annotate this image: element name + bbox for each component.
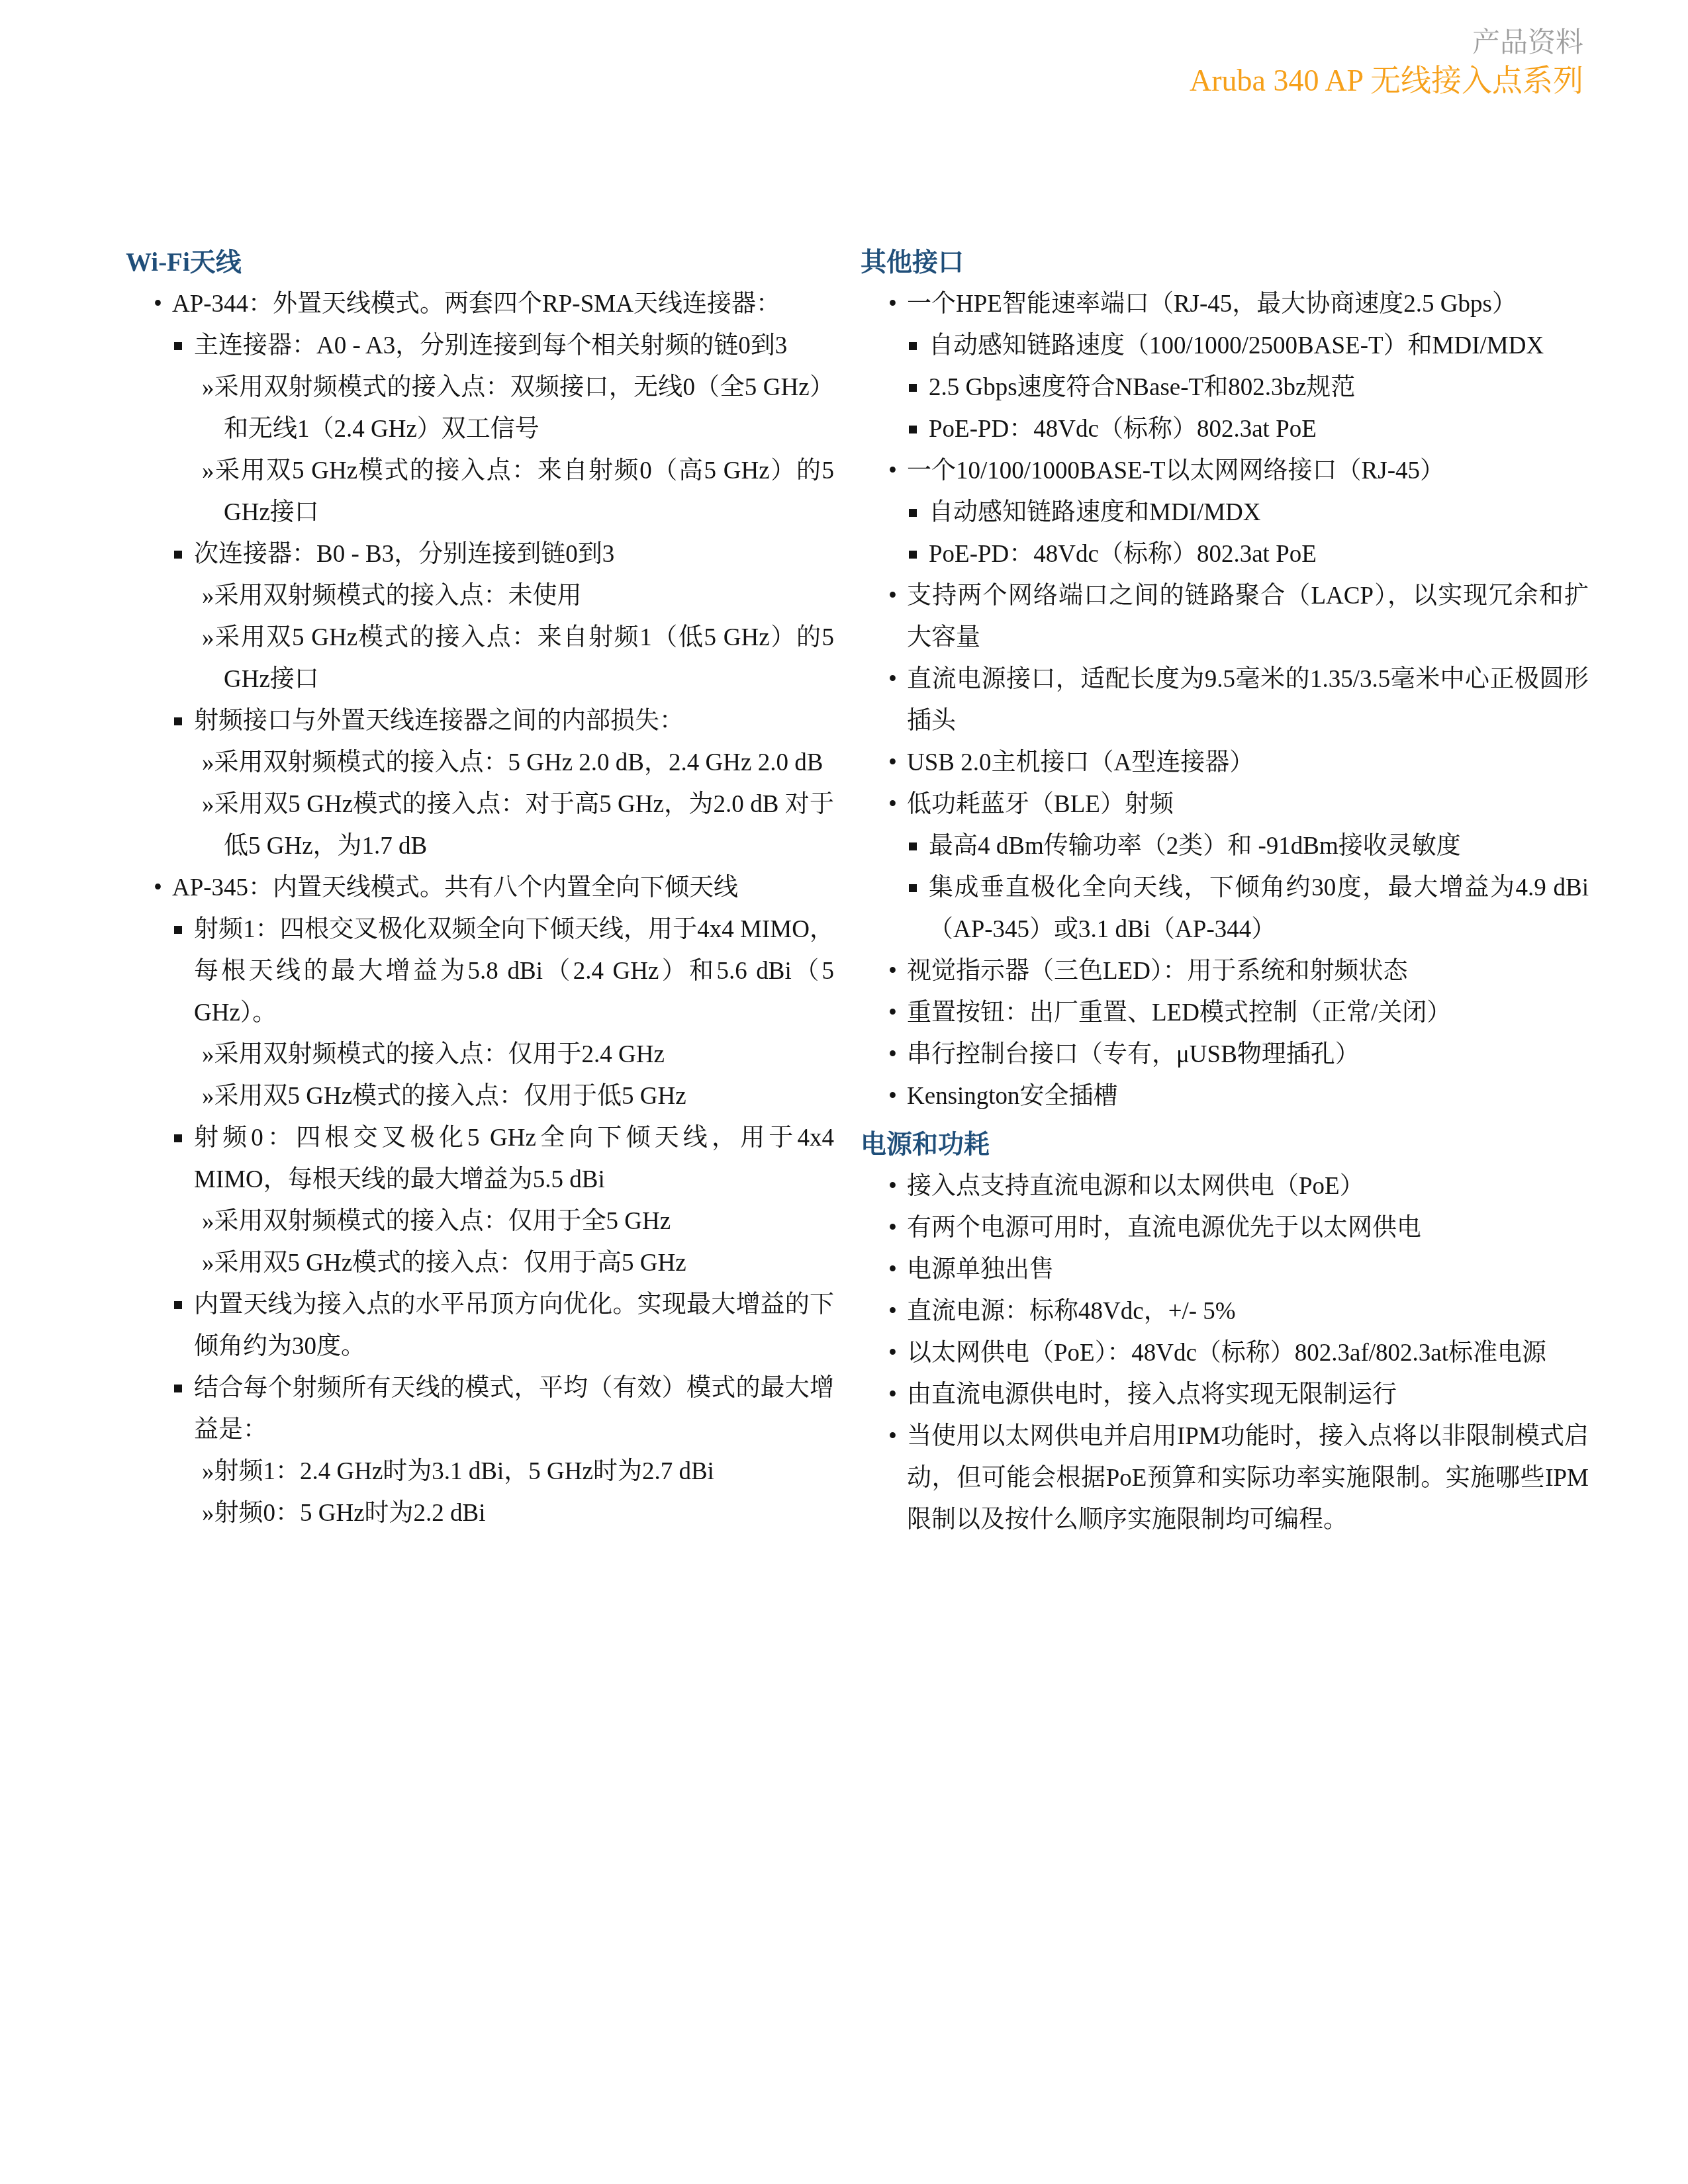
bullet-marker-icon: ▪: [909, 842, 917, 850]
section-heading-wifi-antennas: Wi-Fi天线: [126, 242, 834, 283]
bullet-item: •直流电源：标称48Vdc，+/- 5%: [861, 1291, 1589, 1332]
bullet-marker-icon: ▪: [909, 426, 917, 433]
bullet-item: •视觉指示器（三色LED）：用于系统和射频状态: [861, 950, 1589, 992]
bullet-marker-icon: •: [888, 1207, 897, 1249]
header-eyebrow: 产品资料: [1190, 25, 1583, 61]
bullet-marker-icon: ▪: [174, 926, 182, 934]
bullet-item: •当使用以太网供电并启用IPM功能时，接入点将以非限制模式启动，但可能会根据Po…: [861, 1416, 1589, 1541]
bullet-text: 采用双5 GHz模式的接入点：仅用于低5 GHz: [214, 1083, 686, 1110]
bullet-marker-icon: •: [888, 1075, 897, 1117]
bullet-item: •有两个电源可用时，直流电源优先于以太网供电: [861, 1207, 1589, 1249]
bullet-text: 采用双射频模式的接入点：仅用于全5 GHz: [214, 1208, 671, 1235]
bullet-item: ▪射频0：四根交叉极化5 GHz全向下倾天线，用于4x4 MIMO，每根天线的最…: [126, 1117, 834, 1201]
bullet-item: ▪PoE-PD：48Vdc（标称）802.3at PoE: [861, 408, 1589, 450]
bullet-marker-icon: •: [888, 1249, 897, 1291]
bullet-item: »采用双5 GHz模式的接入点：来自射频1（低5 GHz）的5 GHz接口: [126, 617, 834, 700]
bullet-item: •直流电源接口，适配长度为9.5毫米的1.35/3.5毫米中心正极圆形插头: [861, 659, 1589, 742]
bullet-marker-icon: ▪: [174, 1134, 182, 1142]
bullet-marker-icon: •: [888, 1034, 897, 1075]
bullet-text: 结合每个射频所有天线的模式，平均（有效）模式的最大增益是：: [194, 1375, 834, 1443]
bullet-item: ▪次连接器：B0 - B3，分别连接到链0到3: [126, 533, 834, 575]
bullet-text: 采用双5 GHz模式的接入点：对于高5 GHz，为2.0 dB 对于低5 GHz…: [214, 791, 835, 860]
bullet-text: 当使用以太网供电并启用IPM功能时，接入点将以非限制模式启动，但可能会根据PoE…: [907, 1423, 1589, 1533]
bullet-item: ▪射频接口与外置天线连接器之间的内部损失：: [126, 700, 834, 742]
bullet-marker-icon: »: [202, 749, 214, 776]
bullet-marker-icon: »: [202, 582, 214, 610]
page-header: 产品资料 Aruba 340 AP 无线接入点系列: [1190, 25, 1583, 101]
bullet-text: 重置按钮：出厂重置、LED模式控制（正常/关闭）: [907, 999, 1451, 1026]
bullet-marker-icon: ▪: [909, 884, 917, 892]
header-title: Aruba 340 AP 无线接入点系列: [1190, 61, 1583, 101]
bullet-text: 射频0：5 GHz时为2.2 dBi: [214, 1500, 486, 1527]
bullet-item: ▪2.5 Gbps速度符合NBase-T和802.3bz规范: [861, 367, 1589, 408]
bullet-text: 以太网供电（PoE）：48Vdc（标称）802.3af/802.3at标准电源: [907, 1340, 1546, 1367]
bullet-item: ▪自动感知链路速度（100/1000/2500BASE-T）和MDI/MDX: [861, 325, 1589, 367]
bullet-item: •支持两个网络端口之间的链路聚合（LACP），以实现冗余和扩大容量: [861, 575, 1589, 659]
bullet-marker-icon: •: [888, 283, 897, 325]
left-column: Wi-Fi天线 •AP-344：外置天线模式。两套四个RP-SMA天线连接器：▪…: [126, 242, 834, 1534]
bullet-marker-icon: ▪: [174, 1385, 182, 1392]
bullet-item: »采用双5 GHz模式的接入点：仅用于低5 GHz: [126, 1075, 834, 1117]
bullet-item: •Kensington安全插槽: [861, 1075, 1589, 1117]
bullet-text: 一个HPE智能速率端口（RJ-45，最大协商速度2.5 Gbps）: [907, 291, 1517, 318]
bullet-text: 2.5 Gbps速度符合NBase-T和802.3bz规范: [929, 374, 1355, 401]
bullet-item: •AP-344：外置天线模式。两套四个RP-SMA天线连接器：: [126, 283, 834, 325]
bullet-item: »射频0：5 GHz时为2.2 dBi: [126, 1492, 834, 1534]
bullet-item: »射频1：2.4 GHz时为3.1 dBi，5 GHz时为2.7 dBi: [126, 1451, 834, 1492]
bullet-marker-icon: ▪: [174, 551, 182, 559]
bullet-text: 由直流电源供电时，接入点将实现无限制运行: [907, 1381, 1397, 1408]
bullet-text: 采用双射频模式的接入点：5 GHz 2.0 dB，2.4 GHz 2.0 dB: [214, 749, 823, 776]
bullet-marker-icon: •: [888, 950, 897, 992]
bullet-item: ▪结合每个射频所有天线的模式，平均（有效）模式的最大增益是：: [126, 1367, 834, 1451]
bullet-item: »采用双5 GHz模式的接入点：对于高5 GHz，为2.0 dB 对于低5 GH…: [126, 784, 834, 867]
power-consumption-list: •接入点支持直流电源和以太网供电（PoE）•有两个电源可用时，直流电源优先于以太…: [861, 1165, 1589, 1541]
bullet-marker-icon: ▪: [909, 342, 917, 350]
bullet-marker-icon: •: [888, 742, 897, 784]
bullet-text: 直流电源接口，适配长度为9.5毫米的1.35/3.5毫米中心正极圆形插头: [907, 666, 1589, 735]
bullet-item: •以太网供电（PoE）：48Vdc（标称）802.3af/802.3at标准电源: [861, 1332, 1589, 1374]
bullet-item: ▪内置天线为接入点的水平吊顶方向优化。实现最大增益的下倾角约为30度。: [126, 1284, 834, 1367]
bullet-text: 采用双5 GHz模式的接入点：来自射频0（高5 GHz）的5 GHz接口: [214, 457, 835, 526]
bullet-marker-icon: •: [154, 283, 162, 325]
bullet-marker-icon: •: [888, 659, 897, 700]
bullet-marker-icon: »: [202, 1083, 214, 1110]
bullet-item: ▪自动感知链路速度和MDI/MDX: [861, 492, 1589, 533]
bullet-item: •AP-345：内置天线模式。共有八个内置全向下倾天线: [126, 867, 834, 909]
bullet-text: 接入点支持直流电源和以太网供电（PoE）: [907, 1173, 1364, 1200]
bullet-marker-icon: ▪: [909, 551, 917, 559]
bullet-text: 采用双射频模式的接入点：未使用: [214, 582, 582, 610]
bullet-item: »采用双5 GHz模式的接入点：来自射频0（高5 GHz）的5 GHz接口: [126, 450, 834, 533]
bullet-item: »采用双5 GHz模式的接入点：仅用于高5 GHz: [126, 1242, 834, 1284]
bullet-marker-icon: »: [202, 1500, 214, 1527]
bullet-item: •USB 2.0主机接口（A型连接器）: [861, 742, 1589, 784]
datasheet-page: 产品资料 Aruba 340 AP 无线接入点系列 Wi-Fi天线 •AP-34…: [0, 0, 1688, 2184]
bullet-text: AP-344：外置天线模式。两套四个RP-SMA天线连接器：: [172, 291, 780, 318]
bullet-text: USB 2.0主机接口（A型连接器）: [907, 749, 1254, 776]
bullet-marker-icon: »: [202, 1250, 214, 1277]
bullet-marker-icon: •: [888, 575, 897, 617]
bullet-text: 电源单独出售: [907, 1256, 1054, 1283]
bullet-text: 低功耗蓝牙（BLE）射频: [907, 791, 1174, 818]
bullet-item: •由直流电源供电时，接入点将实现无限制运行: [861, 1374, 1589, 1416]
bullet-item: •串行控制台接口（专有，μUSB物理插孔）: [861, 1034, 1589, 1075]
bullet-item: »采用双射频模式的接入点：5 GHz 2.0 dB，2.4 GHz 2.0 dB: [126, 742, 834, 784]
bullet-marker-icon: •: [888, 1416, 897, 1457]
bullet-marker-icon: »: [202, 791, 214, 818]
bullet-marker-icon: ▪: [909, 509, 917, 517]
bullet-item: »采用双射频模式的接入点：仅用于2.4 GHz: [126, 1034, 834, 1075]
bullet-item: »采用双射频模式的接入点：未使用: [126, 575, 834, 617]
bullet-text: AP-345：内置天线模式。共有八个内置全向下倾天线: [172, 874, 738, 901]
bullet-item: ▪射频1：四根交叉极化双频全向下倾天线，用于4x4 MIMO，每根天线的最大增益…: [126, 909, 834, 1034]
bullet-marker-icon: •: [154, 867, 162, 909]
section-heading-other-interfaces: 其他接口: [861, 242, 1589, 283]
bullet-text: 采用双5 GHz模式的接入点：来自射频1（低5 GHz）的5 GHz接口: [214, 624, 835, 693]
bullet-item: •一个10/100/1000BASE-T以太网网络接口（RJ-45）: [861, 450, 1589, 492]
section-heading-power: 电源和功耗: [861, 1124, 1589, 1165]
bullet-text: 自动感知链路速度（100/1000/2500BASE-T）和MDI/MDX: [929, 332, 1544, 359]
bullet-text: 串行控制台接口（专有，μUSB物理插孔）: [907, 1041, 1360, 1068]
bullet-marker-icon: ▪: [174, 342, 182, 350]
bullet-item: •低功耗蓝牙（BLE）射频: [861, 784, 1589, 825]
bullet-item: ▪主连接器：A0 - A3，分别连接到每个相关射频的链0到3: [126, 325, 834, 367]
bullet-item: ▪PoE-PD：48Vdc（标称）802.3at PoE: [861, 533, 1589, 575]
right-column: 其他接口 •一个HPE智能速率端口（RJ-45，最大协商速度2.5 Gbps）▪…: [861, 242, 1589, 1541]
bullet-marker-icon: »: [202, 624, 214, 651]
bullet-marker-icon: »: [202, 1208, 214, 1235]
bullet-marker-icon: ▪: [909, 384, 917, 392]
wifi-antennas-list: •AP-344：外置天线模式。两套四个RP-SMA天线连接器：▪主连接器：A0 …: [126, 283, 834, 1534]
bullet-marker-icon: »: [202, 374, 214, 401]
bullet-text: 有两个电源可用时，直流电源优先于以太网供电: [907, 1214, 1421, 1242]
bullet-text: 射频1：四根交叉极化双频全向下倾天线，用于4x4 MIMO，每根天线的最大增益为…: [194, 916, 834, 1026]
bullet-item: »采用双射频模式的接入点：仅用于全5 GHz: [126, 1201, 834, 1242]
bullet-item: •电源单独出售: [861, 1249, 1589, 1291]
bullet-text: 采用双5 GHz模式的接入点：仅用于高5 GHz: [214, 1250, 686, 1277]
bullet-text: 射频1：2.4 GHz时为3.1 dBi，5 GHz时为2.7 dBi: [214, 1458, 714, 1485]
bullet-marker-icon: »: [202, 457, 214, 484]
bullet-item: •一个HPE智能速率端口（RJ-45，最大协商速度2.5 Gbps）: [861, 283, 1589, 325]
bullet-item: ▪集成垂直极化全向天线，下倾角约30度，最大增益为4.9 dBi（AP-345）…: [861, 867, 1589, 950]
bullet-item: •接入点支持直流电源和以太网供电（PoE）: [861, 1165, 1589, 1207]
bullet-marker-icon: •: [888, 1291, 897, 1332]
bullet-text: 最高4 dBm传输功率（2类）和 -91dBm接收灵敏度: [929, 833, 1461, 860]
bullet-text: 视觉指示器（三色LED）：用于系统和射频状态: [907, 958, 1407, 985]
bullet-text: 内置天线为接入点的水平吊顶方向优化。实现最大增益的下倾角约为30度。: [194, 1291, 834, 1360]
bullet-text: 次连接器：B0 - B3，分别连接到链0到3: [194, 541, 614, 568]
bullet-text: Kensington安全插槽: [907, 1083, 1118, 1110]
bullet-text: 直流电源：标称48Vdc，+/- 5%: [907, 1298, 1236, 1325]
bullet-marker-icon: •: [888, 992, 897, 1034]
bullet-marker-icon: »: [202, 1458, 214, 1485]
bullet-text: 支持两个网络端口之间的链路聚合（LACP），以实现冗余和扩大容量: [907, 582, 1589, 651]
bullet-text: 采用双射频模式的接入点：仅用于2.4 GHz: [214, 1041, 665, 1068]
bullet-marker-icon: ▪: [174, 1301, 182, 1309]
bullet-marker-icon: •: [888, 450, 897, 492]
bullet-marker-icon: •: [888, 1332, 897, 1374]
bullet-marker-icon: •: [888, 784, 897, 825]
bullet-text: 一个10/100/1000BASE-T以太网网络接口（RJ-45）: [907, 457, 1444, 484]
bullet-text: 采用双射频模式的接入点：双频接口，无线0（全5 GHz）和无线1（2.4 GHz…: [214, 374, 835, 443]
bullet-text: PoE-PD：48Vdc（标称）802.3at PoE: [929, 416, 1317, 443]
bullet-text: PoE-PD：48Vdc（标称）802.3at PoE: [929, 541, 1317, 568]
bullet-marker-icon: »: [202, 1041, 214, 1068]
bullet-item: ▪最高4 dBm传输功率（2类）和 -91dBm接收灵敏度: [861, 825, 1589, 867]
bullet-item: »采用双射频模式的接入点：双频接口，无线0（全5 GHz）和无线1（2.4 GH…: [126, 367, 834, 450]
bullet-text: 射频0：四根交叉极化5 GHz全向下倾天线，用于4x4 MIMO，每根天线的最大…: [194, 1124, 834, 1193]
bullet-marker-icon: ▪: [174, 717, 182, 725]
bullet-marker-icon: •: [888, 1165, 897, 1207]
bullet-item: •重置按钮：出厂重置、LED模式控制（正常/关闭）: [861, 992, 1589, 1034]
bullet-marker-icon: •: [888, 1374, 897, 1416]
other-interfaces-list: •一个HPE智能速率端口（RJ-45，最大协商速度2.5 Gbps）▪自动感知链…: [861, 283, 1589, 1117]
bullet-text: 主连接器：A0 - A3，分别连接到每个相关射频的链0到3: [194, 332, 787, 359]
bullet-text: 自动感知链路速度和MDI/MDX: [929, 499, 1261, 526]
bullet-text: 射频接口与外置天线连接器之间的内部损失：: [194, 707, 684, 735]
bullet-text: 集成垂直极化全向天线，下倾角约30度，最大增益为4.9 dBi（AP-345）或…: [929, 874, 1589, 943]
